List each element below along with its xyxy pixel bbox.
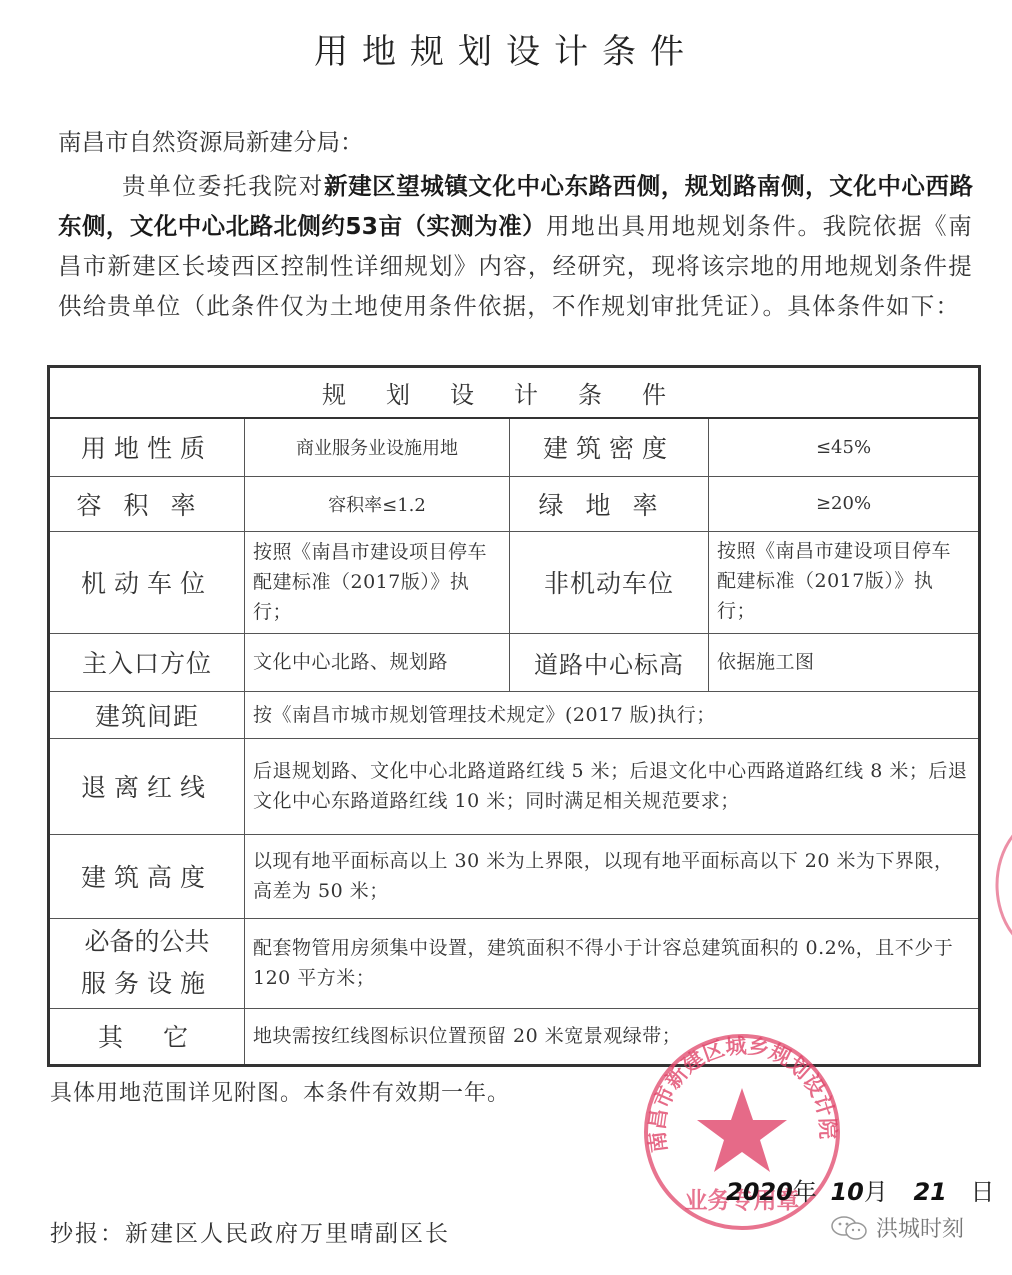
wechat-icon: [830, 1215, 870, 1241]
spacing-label: 建筑间距: [49, 691, 245, 738]
setback-label: 退离红线: [49, 738, 245, 834]
body-text-intro: 贵单位委托我院对: [122, 172, 324, 200]
validity-note: 具体用地范围详见附图。本条件有效期一年。: [50, 1076, 510, 1107]
table-row: 主入口方位 文化中心北路、规划路 道路中心标高 依据施工图: [49, 633, 980, 691]
other-value: 地块需按红线图标识位置预留 20 米宽景观绿带；: [245, 1008, 980, 1065]
table-header: 规划设计条件: [49, 367, 980, 419]
spacing-value: 按《南昌市城市规划管理技术规定》(2017 版)执行；: [245, 691, 980, 738]
body-paragraph: 贵单位委托我院对新建区望城镇文化中心东路西侧，规划路南侧，文化中心西路东侧，文化…: [58, 166, 973, 326]
public-facilities-label: 必备的公共 服务设施: [49, 918, 245, 1008]
green-value: ≥20%: [709, 476, 980, 531]
document-title: 用地规划设计条件: [0, 24, 1012, 73]
density-label: 建筑密度: [510, 418, 709, 476]
table-row: 机动车位 按照《南昌市建设项目停车配建标准（2017版）》执行； 非机动车位 按…: [49, 531, 980, 633]
table-header-row: 规划设计条件: [49, 367, 980, 419]
table-row: 建筑间距 按《南昌市城市规划管理技术规定》(2017 版)执行；: [49, 691, 980, 738]
watermark: 洪城时刻: [830, 1212, 964, 1243]
planning-conditions-table: 规划设计条件 用地性质 商业服务业设施用地 建筑密度 ≤45% 容积率 容积率≤…: [47, 365, 981, 1067]
entrance-value: 文化中心北路、规划路: [245, 633, 510, 691]
date-day: 21: [913, 1178, 946, 1206]
nonmotor-parking-value: 按照《南昌市建设项目停车配建标准（2017版）》执行；: [709, 531, 980, 633]
public-facilities-value: 配套物管用房须集中设置，建筑面积不得小于计容总建筑面积的 0.2%，且不少于 1…: [245, 918, 980, 1008]
density-value: ≤45%: [709, 418, 980, 476]
cc-line: 抄报：新建区人民政府万里晴副区长: [50, 1215, 450, 1248]
table-row: 其它 地块需按红线图标识位置预留 20 米宽景观绿带；: [49, 1008, 980, 1065]
green-label: 绿地率: [510, 476, 709, 531]
star-icon: [697, 1088, 787, 1172]
date-day-unit: 日: [971, 1178, 995, 1206]
motor-parking-label: 机动车位: [49, 531, 245, 633]
nonmotor-parking-label: 非机动车位: [510, 531, 709, 633]
motor-parking-value: 按照《南昌市建设项目停车配建标准（2017版）》执行；: [245, 531, 510, 633]
issue-date: 2020年 10月 21 日: [726, 1172, 995, 1207]
far-value: 容积率≤1.2: [245, 476, 510, 531]
road-elevation-value: 依据施工图: [709, 633, 980, 691]
date-year: 2020: [726, 1178, 793, 1206]
date-year-unit: 年: [793, 1178, 817, 1206]
height-value: 以现有地平面标高以上 30 米为上界限，以现有地平面标高以下 20 米为下界限，…: [245, 834, 980, 918]
partial-seal-edge: [992, 810, 1012, 960]
addressee: 南昌市自然资源局新建分局：: [58, 122, 973, 162]
table-row: 用地性质 商业服务业设施用地 建筑密度 ≤45%: [49, 418, 980, 476]
table-row: 必备的公共 服务设施 配套物管用房须集中设置，建筑面积不得小于计容总建筑面积的 …: [49, 918, 980, 1008]
public-facilities-label-line2: 服务设施: [58, 963, 236, 1005]
setback-value: 后退规划路、文化中心北路道路红线 5 米；后退文化中心西路道路红线 8 米；后退…: [245, 738, 980, 834]
road-elevation-label: 道路中心标高: [510, 633, 709, 691]
land-use-value: 商业服务业设施用地: [245, 418, 510, 476]
date-month-unit: 月: [864, 1178, 888, 1206]
far-label: 容积率: [49, 476, 245, 531]
entrance-label: 主入口方位: [49, 633, 245, 691]
other-label: 其它: [49, 1008, 245, 1065]
table-row: 退离红线 后退规划路、文化中心北路道路红线 5 米；后退文化中心西路道路红线 8…: [49, 738, 980, 834]
date-month: 10: [830, 1178, 863, 1206]
public-facilities-label-line1: 必备的公共: [58, 921, 236, 963]
land-use-label: 用地性质: [49, 418, 245, 476]
table-row: 容积率 容积率≤1.2 绿地率 ≥20%: [49, 476, 980, 531]
table-row: 建筑高度 以现有地平面标高以上 30 米为上界限，以现有地平面标高以下 20 米…: [49, 834, 980, 918]
height-label: 建筑高度: [49, 834, 245, 918]
watermark-text: 洪城时刻: [876, 1212, 964, 1243]
